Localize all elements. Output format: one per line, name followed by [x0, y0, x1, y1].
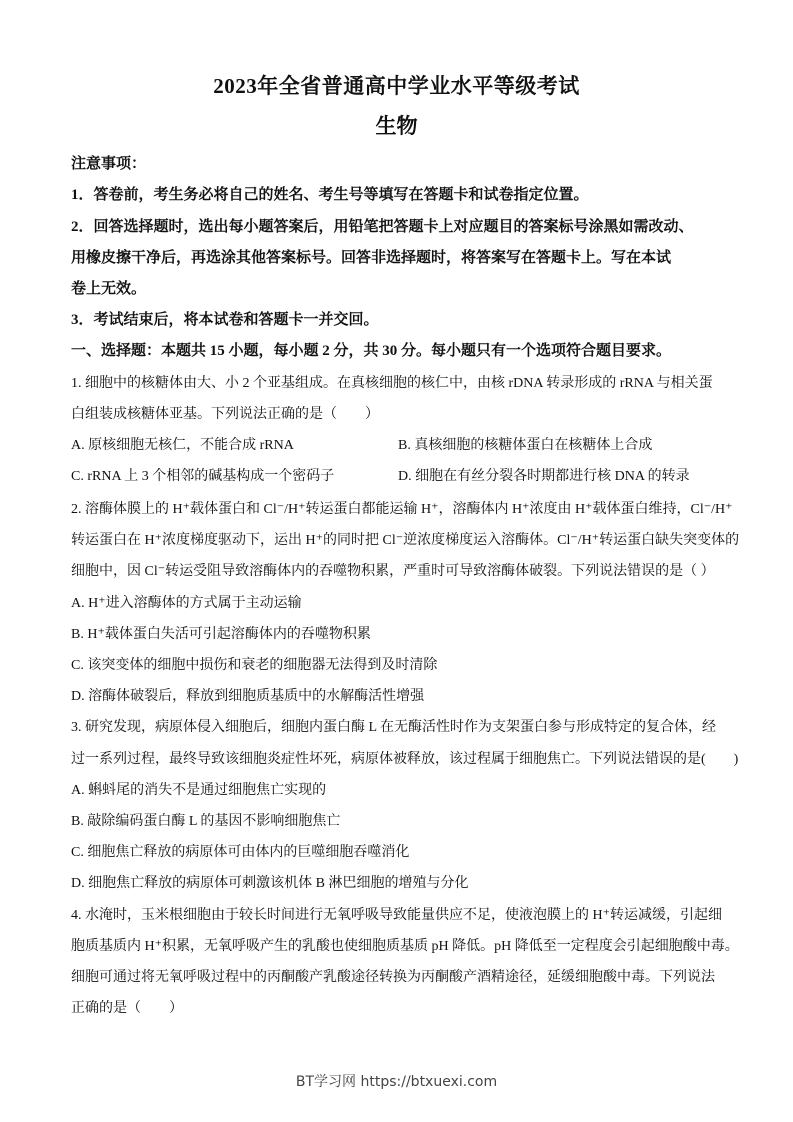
exam-page: 2023年全省普通高中学业水平等级考试 生物 注意事项： 1．答卷前，考生务必将… [0, 0, 793, 1122]
question-2-text: 转运蛋白在 H⁺浓度梯度驱动下，运出 H⁺的同时把 Cl⁻逆浓度梯度运入溶酶体。… [71, 529, 739, 549]
question-3-option-d: D. 细胞焦亡释放的病原体可刺激该机体 B 淋巴细胞的增殖与分化 [71, 872, 468, 892]
exam-title: 2023年全省普通高中学业水平等级考试 [0, 70, 793, 100]
question-3-text: 3. 研究发现，病原体侵入细胞后，细胞内蛋白酶 L 在无酶活性时作为支架蛋白参与… [71, 716, 716, 736]
question-2-option-a: A. H⁺进入溶酶体的方式属于主动运输 [71, 592, 302, 612]
question-4-text: 正确的是（ ） [71, 997, 183, 1017]
question-2-option-c: C. 该突变体的细胞中损伤和衰老的细胞器无法得到及时清除 [71, 654, 437, 674]
question-3-text: 过一系列过程，最终导致该细胞炎症性坏死，病原体被释放，该过程属于细胞焦亡。下列说… [71, 748, 738, 768]
notice-item: 3．考试结束后，将本试卷和答题卡一并交回。 [71, 308, 379, 329]
question-1-option-a: A. 原核细胞无核仁，不能合成 rRNA [71, 434, 294, 454]
question-2-option-d: D. 溶酶体破裂后，释放到细胞质基质中的水解酶活性增强 [71, 685, 424, 705]
question-3-option-c: C. 细胞焦亡释放的病原体可由体内的巨噬细胞吞噬消化 [71, 841, 409, 861]
notice-item: 用橡皮擦干净后，再选涂其他答案标号。回答非选择题时，将答案写在答题卡上。写在本试 [71, 246, 671, 267]
question-2-option-b: B. H⁺载体蛋白失活可引起溶酶体内的吞噬物积累 [71, 623, 371, 643]
question-3-option-b: B. 敲除编码蛋白酶 L 的基因不影响细胞焦亡 [71, 810, 340, 830]
question-2-text: 细胞中，因 Cl⁻转运受阻导致溶酶体内的吞噬物积累，严重时可导致溶酶体破裂。下列… [71, 560, 715, 580]
notice-item: 2．回答选择题时，选出每小题答案后，用铅笔把答题卡上对应题目的答案标号涂黑如需改… [71, 215, 694, 236]
notice-heading: 注意事项： [71, 152, 146, 173]
question-4-text: 4. 水淹时，玉米根细胞由于较长时间进行无氧呼吸导致能量供应不足，使液泡膜上的 … [71, 904, 722, 924]
question-1-option-d: D. 细胞在有丝分裂各时期都进行核 DNA 的转录 [398, 465, 690, 485]
question-4-text: 细胞可通过将无氧呼吸过程中的丙酮酸产乳酸途径转换为丙酮酸产酒精途径，延缓细胞酸中… [71, 966, 715, 986]
section-heading: 一、选择题：本题共 15 小题，每小题 2 分，共 30 分。每小题只有一个选项… [71, 339, 671, 360]
question-4-text: 胞质基质内 H⁺积累，无氧呼吸产生的乳酸也使细胞质基质 pH 降低。pH 降低至… [71, 935, 739, 955]
notice-item: 1．答卷前，考生务必将自己的姓名、考生号等填写在答题卡和试卷指定位置。 [71, 183, 589, 204]
question-2-text: 2. 溶酶体膜上的 H⁺载体蛋白和 Cl⁻/H⁺转运蛋白都能运输 H⁺，溶酶体内… [71, 498, 733, 518]
question-1-text: 白组装成核糖体亚基。下列说法正确的是（ ） [71, 403, 379, 423]
question-1-option-c: C. rRNA 上 3 个相邻的碱基构成一个密码子 [71, 465, 334, 485]
question-1-option-b: B. 真核细胞的核糖体蛋白在核糖体上合成 [398, 434, 652, 454]
question-3-option-a: A. 蝌蚪尾的消失不是通过细胞焦亡实现的 [71, 779, 326, 799]
question-1-text: 1. 细胞中的核糖体由大、小 2 个亚基组成。在真核细胞的核仁中，由核 rDNA… [71, 372, 713, 392]
notice-item: 卷上无效。 [71, 277, 146, 298]
subject-title: 生物 [0, 110, 793, 140]
watermark-footer: BT学习网 https://btxuexi.com [0, 1071, 793, 1091]
